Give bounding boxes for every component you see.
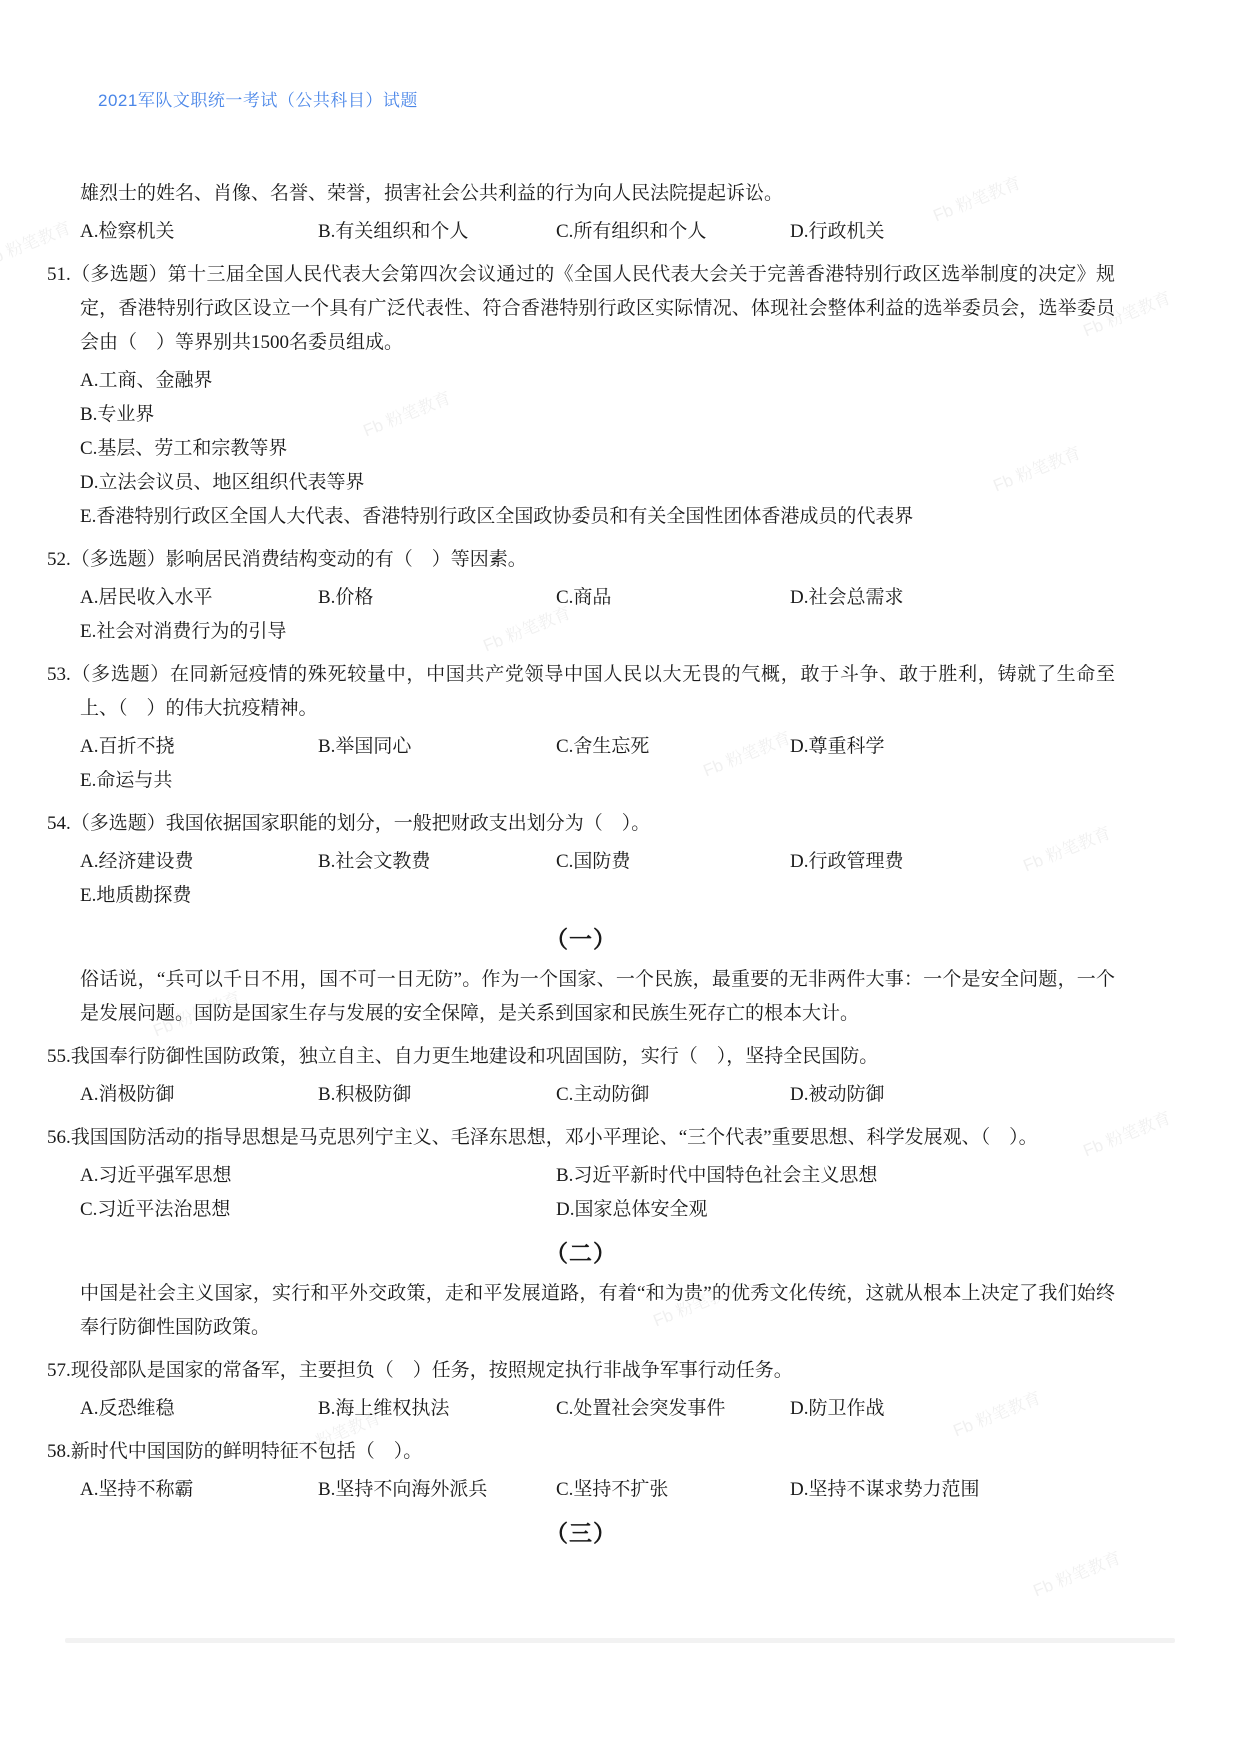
question-number: 53. — [47, 664, 71, 685]
option-a: A.坚持不称霸 — [80, 1473, 318, 1507]
option-b: B.专业界 — [47, 398, 1115, 432]
option-c: C.国防费 — [556, 845, 790, 879]
option-c: C.处置社会突发事件 — [556, 1392, 790, 1426]
option-d: D.行政机关 — [790, 215, 1115, 249]
question-stem: 我国奉行防御性国防政策，独立自主、自力更生地建设和巩固国防，实行（ ），坚持全民… — [71, 1046, 879, 1067]
section-heading-one: （一） — [47, 923, 1115, 957]
question-57: 57.现役部队是国家的常备军，主要担负（ ）任务，按照规定执行非战争军事行动任务… — [47, 1354, 1115, 1388]
option-b: B.价格 — [318, 581, 556, 615]
option-a: A.反恐维稳 — [80, 1392, 318, 1426]
option-d: D.尊重科学 — [790, 730, 1115, 764]
option-b: B.海上维权执法 — [318, 1392, 556, 1426]
question-53-options: A.百折不挠 B.举国同心 C.舍生忘死 D.尊重科学 — [47, 730, 1115, 764]
option-a: A.工商、金融界 — [47, 364, 1115, 398]
option-a: A.检察机关 — [80, 215, 318, 249]
option-d: D.被动防御 — [790, 1078, 1115, 1112]
option-e: E.地质勘探费 — [47, 879, 1115, 913]
question-number: 52. — [47, 549, 71, 570]
question-51: 51.（多选题）第十三届全国人民代表大会第四次会议通过的《全国人民代表大会关于完… — [47, 258, 1115, 360]
question-52: 52.（多选题）影响居民消费结构变动的有（ ）等因素。 — [47, 543, 1115, 577]
section-heading-two: （二） — [47, 1237, 1115, 1271]
option-b: B.举国同心 — [318, 730, 556, 764]
option-c: C.习近平法治思想 — [80, 1193, 556, 1227]
option-a: A.经济建设费 — [80, 845, 318, 879]
option-d: D.社会总需求 — [790, 581, 1115, 615]
option-c: C.商品 — [556, 581, 790, 615]
question-55: 55.我国奉行防御性国防政策，独立自主、自力更生地建设和巩固国防，实行（ ），坚… — [47, 1040, 1115, 1074]
option-a: A.居民收入水平 — [80, 581, 318, 615]
question-51-options: A.工商、金融界 B.专业界 C.基层、劳工和宗教等界 D.立法会议员、地区组织… — [47, 364, 1115, 534]
question-54: 54.（多选题）我国依据国家职能的划分，一般把财政支出划分为（ ）。 — [47, 807, 1115, 841]
question-number: 56. — [47, 1127, 71, 1148]
exam-content: 雄烈士的姓名、肖像、名誉、荣誉，损害社会公共利益的行为向人民法院提起诉讼。 A.… — [47, 177, 1115, 1551]
option-d: D.行政管理费 — [790, 845, 1115, 879]
option-e: E.命运与共 — [47, 764, 1115, 798]
option-d: D.立法会议员、地区组织代表等界 — [47, 466, 1115, 500]
option-a: A.习近平强军思想 — [80, 1159, 556, 1193]
question-stem: 我国国防活动的指导思想是马克思列宁主义、毛泽东思想，邓小平理论、“三个代表”重要… — [71, 1127, 1038, 1148]
question-52-options: A.居民收入水平 B.价格 C.商品 D.社会总需求 — [47, 581, 1115, 615]
option-c: C.舍生忘死 — [556, 730, 790, 764]
question-54-options: A.经济建设费 B.社会文教费 C.国防费 D.行政管理费 — [47, 845, 1115, 879]
question-stem: （多选题）我国依据国家职能的划分，一般把财政支出划分为（ ）。 — [71, 813, 651, 834]
question-56-options-row-1: A.习近平强军思想 B.习近平新时代中国特色社会主义思想 — [47, 1159, 1115, 1193]
option-b: B.积极防御 — [318, 1078, 556, 1112]
option-a: A.消极防御 — [80, 1078, 318, 1112]
option-e: E.社会对消费行为的引导 — [47, 615, 1115, 649]
question-stem: （多选题）影响居民消费结构变动的有（ ）等因素。 — [71, 549, 527, 570]
page-title: 2021军队文职统一考试（公共科目）试题 — [98, 86, 1240, 111]
option-c: C.主动防御 — [556, 1078, 790, 1112]
question-53: 53.（多选题）在同新冠疫情的殊死较量中，中国共产党领导中国人民以大无畏的气概，… — [47, 658, 1115, 726]
option-d: D.国家总体安全观 — [556, 1193, 1115, 1227]
question-stem: （多选题）第十三届全国人民代表大会第四次会议通过的《全国人民代表大会关于完善香港… — [71, 264, 1115, 353]
option-a: A.百折不挠 — [80, 730, 318, 764]
question-55-options: A.消极防御 B.积极防御 C.主动防御 D.被动防御 — [47, 1078, 1115, 1112]
question-number: 54. — [47, 813, 71, 834]
option-b: B.坚持不向海外派兵 — [318, 1473, 556, 1507]
question-stem: 现役部队是国家的常备军，主要担负（ ）任务，按照规定执行非战争军事行动任务。 — [71, 1360, 793, 1381]
question-58-options: A.坚持不称霸 B.坚持不向海外派兵 C.坚持不扩张 D.坚持不谋求势力范围 — [47, 1473, 1115, 1507]
question-number: 51. — [47, 264, 71, 285]
option-b: B.习近平新时代中国特色社会主义思想 — [556, 1159, 1115, 1193]
page-bottom-divider — [65, 1638, 1175, 1643]
question-58: 58.新时代中国国防的鲜明特征不包括（ ）。 — [47, 1435, 1115, 1469]
question-57-options: A.反恐维稳 B.海上维权执法 C.处置社会突发事件 D.防卫作战 — [47, 1392, 1115, 1426]
option-c: C.所有组织和个人 — [556, 215, 790, 249]
question-56-options-row-2: C.习近平法治思想 D.国家总体安全观 — [47, 1193, 1115, 1227]
option-b: B.有关组织和个人 — [318, 215, 556, 249]
section-heading-three: （三） — [47, 1517, 1115, 1551]
section-two-intro: 中国是社会主义国家，实行和平外交政策，走和平发展道路，有着“和为贵”的优秀文化传… — [47, 1277, 1115, 1345]
option-e: E.香港特别行政区全国人大代表、香港特别行政区全国政协委员和有关全国性团体香港成… — [47, 500, 1115, 534]
option-d: D.坚持不谋求势力范围 — [790, 1473, 1115, 1507]
question-number: 55. — [47, 1046, 71, 1067]
option-b: B.社会文教费 — [318, 845, 556, 879]
option-d: D.防卫作战 — [790, 1392, 1115, 1426]
question-stem: 新时代中国国防的鲜明特征不包括（ ）。 — [71, 1441, 423, 1462]
question-number: 58. — [47, 1441, 71, 1462]
question-number: 57. — [47, 1360, 71, 1381]
option-c: C.基层、劳工和宗教等界 — [47, 432, 1115, 466]
question-50-options: A.检察机关 B.有关组织和个人 C.所有组织和个人 D.行政机关 — [47, 215, 1115, 249]
question-50-tail: 雄烈士的姓名、肖像、名誉、荣誉，损害社会公共利益的行为向人民法院提起诉讼。 — [47, 177, 1115, 211]
question-56: 56.我国国防活动的指导思想是马克思列宁主义、毛泽东思想，邓小平理论、“三个代表… — [47, 1121, 1115, 1155]
section-one-intro: 俗话说，“兵可以千日不用，国不可一日无防”。作为一个国家、一个民族，最重要的无非… — [47, 963, 1115, 1031]
question-stem: （多选题）在同新冠疫情的殊死较量中，中国共产党领导中国人民以大无畏的气概，敢于斗… — [71, 664, 1115, 719]
watermark: Fb 粉笔教育 — [1029, 1544, 1124, 1602]
option-c: C.坚持不扩张 — [556, 1473, 790, 1507]
